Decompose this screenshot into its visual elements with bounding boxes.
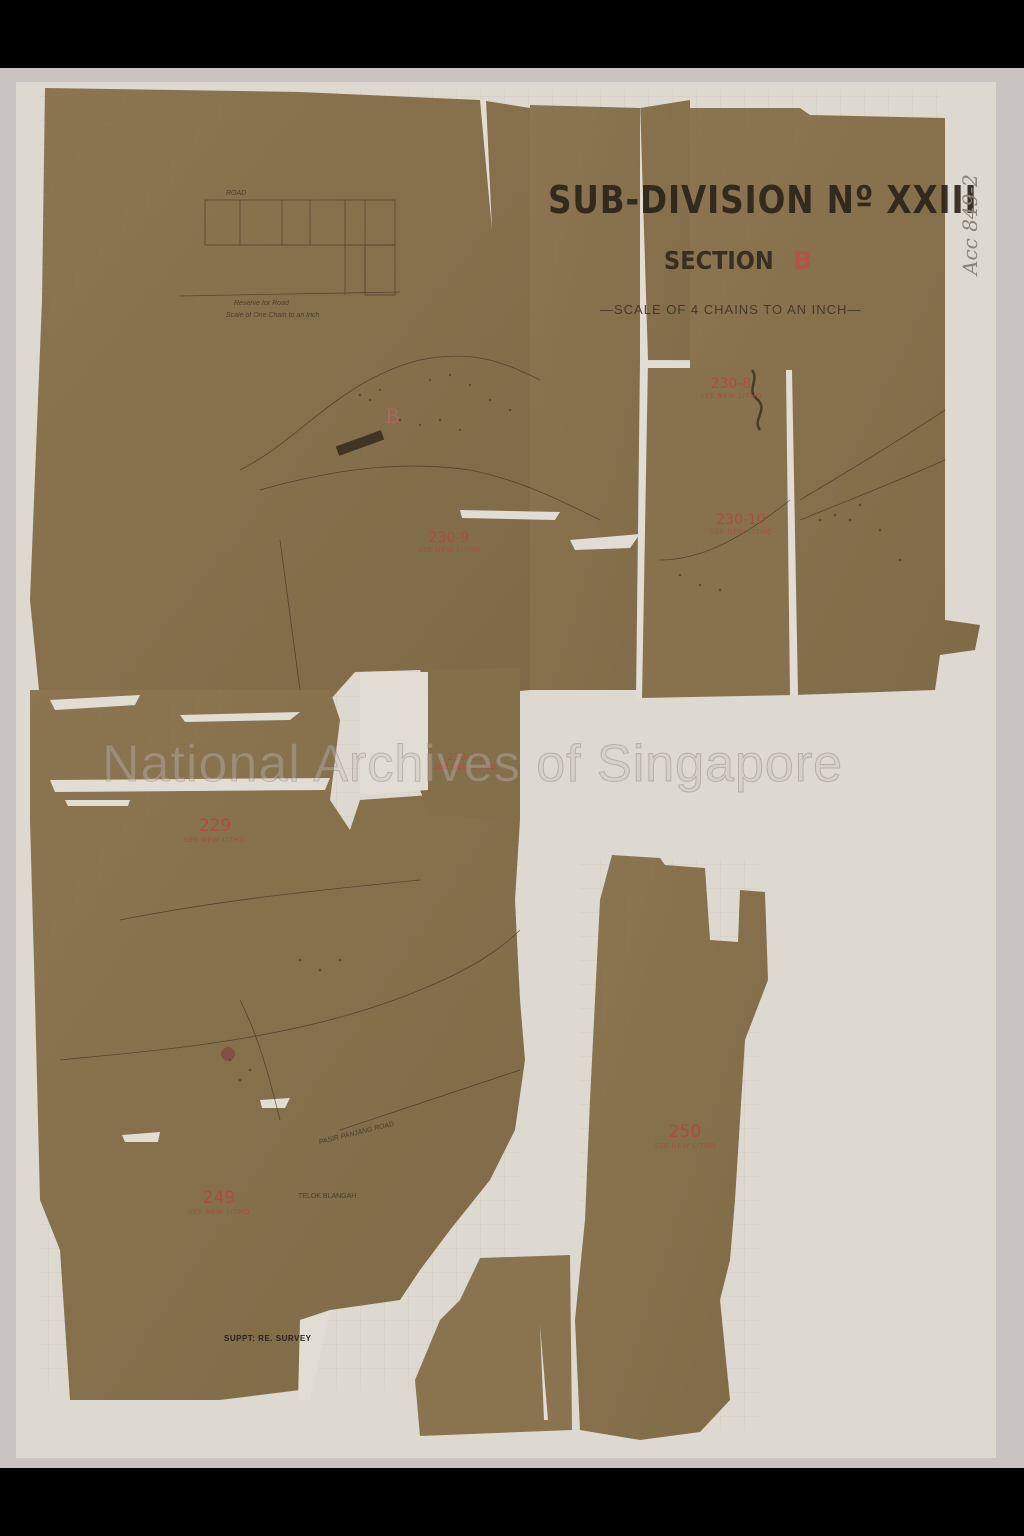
lot-229: 229SEE NEW LITHO [184, 816, 246, 844]
area-letter: B [385, 404, 400, 428]
road-label-top: ROAD [226, 190, 246, 197]
telok-blangah-label: TELOK BLANGAH [298, 1193, 356, 1200]
reserve-scale-note: Scale of One Chain to an Inch [226, 312, 319, 319]
letterbox-bottom [0, 1468, 1024, 1536]
lot-250: 250SEE NEW LITHO [654, 1122, 716, 1150]
accession-note: Acc 849-2 [958, 174, 982, 275]
scale-text: —SCALE OF 4 CHAINS TO AN INCH— [600, 302, 861, 317]
map-title: SUB-DIVISION Nº XXIII [548, 178, 978, 222]
lot-230-10: 230-10SEE NEW LITHO [710, 512, 772, 536]
survey-credit: SUPPT: RE. SURVEY [224, 1334, 311, 1343]
lot-230-8: 230-8SEE NEW LITHO [700, 376, 762, 400]
section-letter: B [793, 246, 812, 275]
reserve-road-label: Reserve for Road [234, 300, 289, 307]
watermark: National Archives of Singapore [102, 734, 843, 794]
lot-230-9: 230-9SEE NEW LITHO [418, 530, 480, 554]
lot-249: 249SEE NEW LITHO [188, 1188, 250, 1216]
section-label: SECTION [664, 246, 774, 275]
